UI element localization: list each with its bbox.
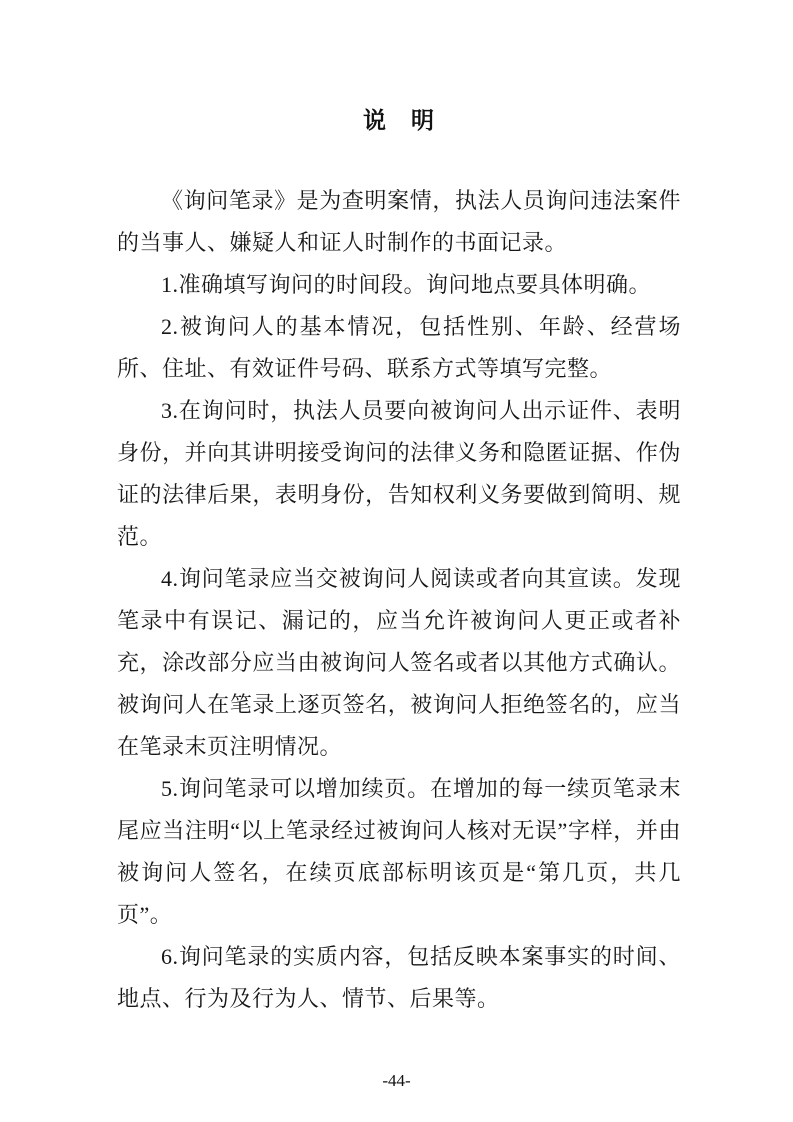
note-item-2: 2.被询问人的基本情况，包括性别、年龄、经营场所、住址、有效证件号码、联系方式等… xyxy=(117,306,681,390)
page-number: -44- xyxy=(0,1070,793,1092)
note-item-3: 3.在询问时，执法人员要向被询问人出示证件、表明身份，并向其讲明接受询问的法律义… xyxy=(117,390,681,558)
intro-paragraph: 《询问笔录》是为查明案情，执法人员询问违法案件的当事人、嫌疑人和证人时制作的书面… xyxy=(117,180,681,264)
note-item-1: 1.准确填写询问的时间段。询问地点要具体明确。 xyxy=(117,264,681,306)
document-page: 说 明 《询问笔录》是为查明案情，执法人员询问违法案件的当事人、嫌疑人和证人时制… xyxy=(0,0,793,1122)
note-item-5: 5.询问笔录可以增加续页。在增加的每一续页笔录末尾应当注明“以上笔录经过被询问人… xyxy=(117,768,681,936)
page-title: 说 明 xyxy=(117,104,681,136)
document-body: 说 明 《询问笔录》是为查明案情，执法人员询问违法案件的当事人、嫌疑人和证人时制… xyxy=(117,0,681,1020)
note-item-4: 4.询问笔录应当交被询问人阅读或者向其宣读。发现笔录中有误记、漏记的，应当允许被… xyxy=(117,558,681,768)
note-item-6: 6.询问笔录的实质内容，包括反映本案事实的时间、地点、行为及行为人、情节、后果等… xyxy=(117,936,681,1020)
